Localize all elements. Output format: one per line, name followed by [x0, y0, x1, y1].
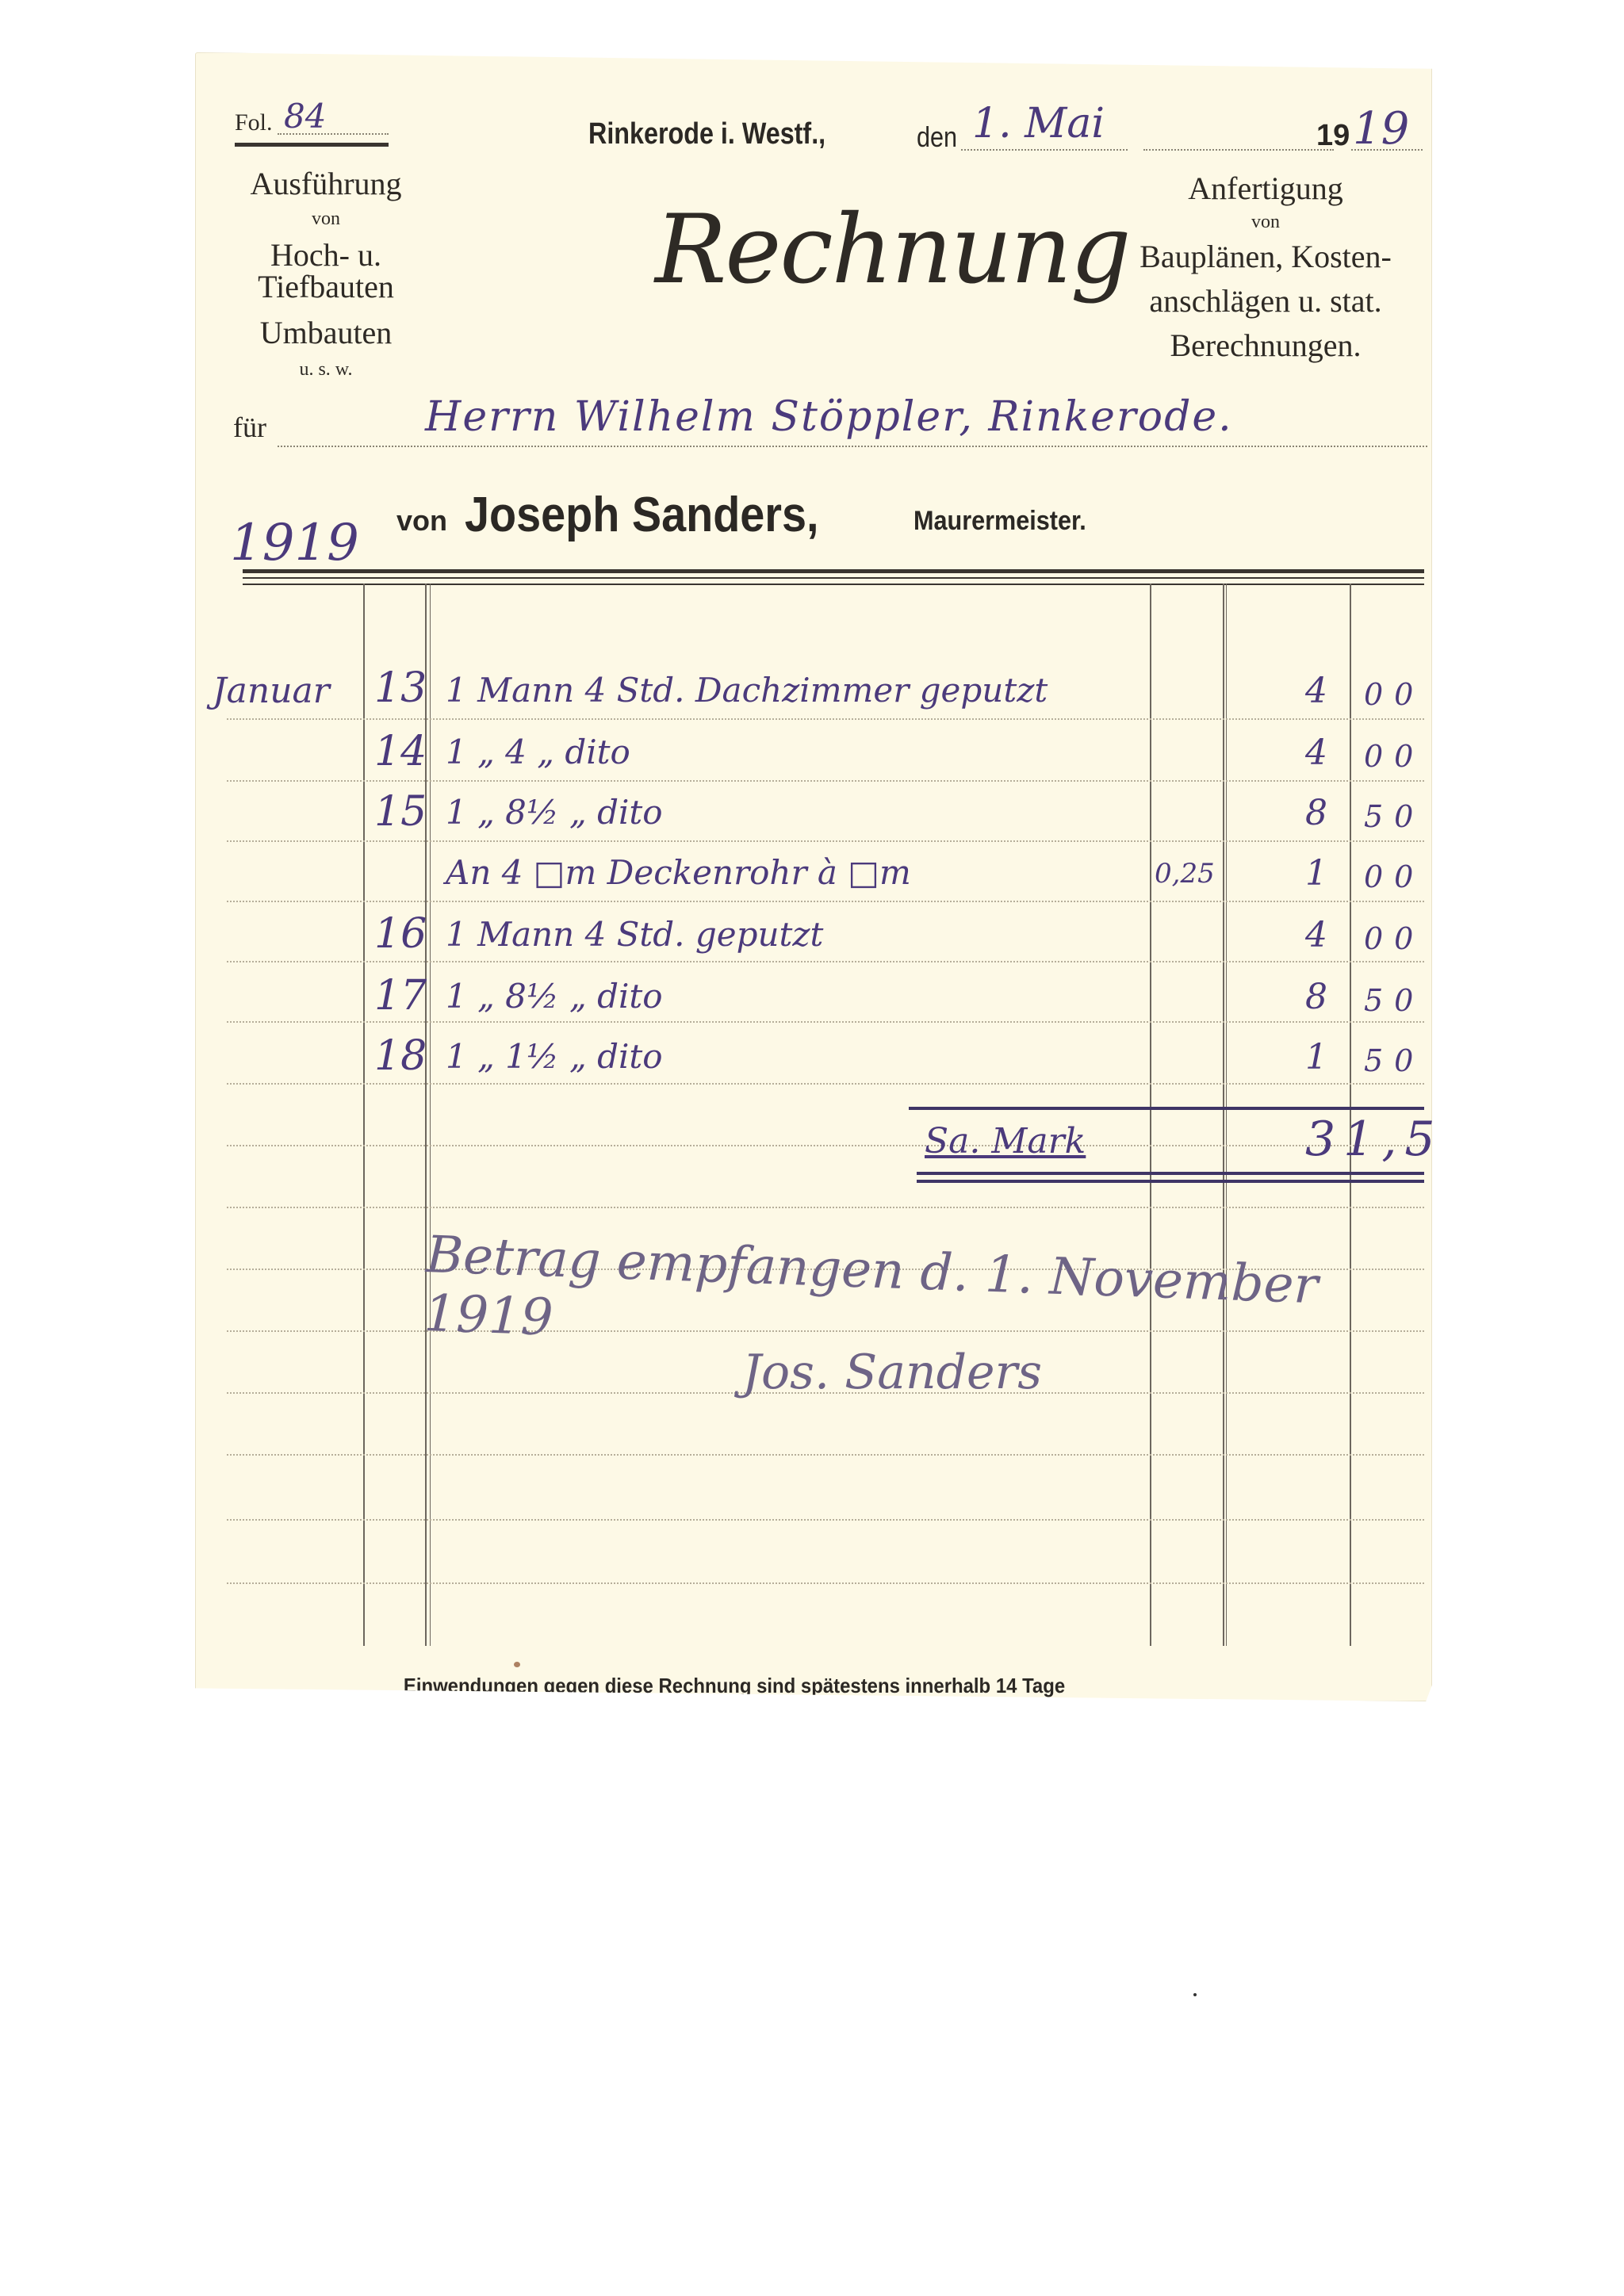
folio-dotline — [278, 133, 389, 135]
row-rule — [227, 1021, 1424, 1023]
right-service-line: Berechnungen. — [1115, 330, 1416, 362]
row-description: 1 „ 8½ „ dito — [446, 793, 663, 832]
ledger-year: 1919 — [230, 514, 359, 572]
row-mark: 8 — [1305, 977, 1327, 1017]
folio-underline — [235, 143, 389, 147]
row-pf: 00 — [1364, 739, 1424, 774]
left-service-line: u. s. w. — [211, 360, 441, 379]
ledger-top-rule-thin — [243, 577, 1424, 579]
row-mark: 1 — [1305, 1037, 1327, 1077]
issuer-name: Joseph Sanders, — [465, 487, 819, 543]
row-day: 14 — [374, 728, 427, 775]
row-mark: 4 — [1305, 915, 1327, 955]
row-day: 15 — [374, 788, 427, 836]
total-label: Sa. Mark — [925, 1121, 1086, 1161]
row-unit-price: 0,25 — [1155, 858, 1215, 890]
row-month: Januar — [213, 671, 330, 711]
folio-value: 84 — [284, 97, 326, 136]
col-divider-unit-double — [1226, 584, 1227, 1646]
row-rule — [227, 718, 1424, 720]
row-pf: 50 — [1364, 983, 1424, 1018]
receipt-signature: Jos. Sanders — [742, 1345, 1042, 1400]
year-dotline — [1143, 149, 1334, 151]
total-value: 31,50 — [1305, 1112, 1481, 1167]
invoice-paper: Fol. 84 Rinkerode i. Westf., den 1. Mai … — [195, 52, 1432, 1701]
row-rule — [227, 901, 1424, 902]
year-printed: 19 — [1316, 119, 1350, 153]
year-dotline-end — [1351, 149, 1423, 151]
row-day: 17 — [374, 972, 427, 1020]
row-rule — [227, 840, 1424, 842]
col-divider-unit — [1223, 584, 1224, 1646]
ink-stain — [503, 1738, 511, 1743]
row-description: 1 „ 4 „ dito — [446, 733, 630, 771]
left-service-line: Ausführung — [211, 168, 441, 200]
right-service-line: von — [1115, 212, 1416, 232]
col-divider-month — [363, 584, 365, 1646]
row-description: 1 Mann 4 Std. Dachzimmer geputzt — [446, 671, 1048, 710]
issuer-prefix: von — [396, 504, 447, 538]
row-day: 18 — [374, 1032, 427, 1080]
date-dotline — [961, 149, 1128, 151]
left-service-line: Umbauten — [211, 317, 441, 349]
ink-stain — [514, 1662, 520, 1667]
recipient-value: Herrn Wilhelm Stöppler, Rinkerode. — [425, 393, 1233, 441]
row-description: 1 „ 1½ „ dito — [446, 1037, 663, 1076]
row-rule — [227, 1083, 1424, 1085]
left-service-line: von — [211, 209, 441, 228]
row-day: 13 — [374, 664, 427, 712]
row-pf: 50 — [1364, 799, 1424, 834]
row-rule — [227, 1582, 1424, 1584]
footer-line: Einwendungen gegen diese Rechnung sind s… — [282, 1674, 1187, 1698]
row-pf: 00 — [1364, 859, 1424, 894]
folio-label: Fol. — [235, 109, 273, 136]
place-name: Rinkerode i. Westf., — [588, 117, 825, 151]
ink-stain — [462, 1706, 469, 1712]
issuer-profession: Maurermeister. — [913, 506, 1086, 537]
col-divider-desc — [1150, 584, 1151, 1646]
recipient-dotline — [278, 446, 1427, 447]
row-rule — [227, 1519, 1424, 1521]
col-divider-day-double — [430, 584, 431, 1646]
row-pf: 50 — [1364, 1043, 1424, 1078]
row-mark: 4 — [1305, 671, 1327, 711]
total-double-rule — [917, 1180, 1424, 1183]
row-rule — [227, 1145, 1424, 1146]
year-handwritten: 19 — [1353, 103, 1409, 155]
ledger-top-rule-thin — [243, 584, 1424, 585]
left-service-line: Hoch- u. Tiefbauten — [211, 239, 441, 303]
row-description: 1 „ 8½ „ dito — [446, 977, 663, 1016]
row-mark: 8 — [1305, 793, 1327, 833]
total-double-rule — [917, 1172, 1424, 1175]
row-mark: 1 — [1305, 853, 1327, 894]
ledger-top-rule — [243, 569, 1424, 573]
invoice-title: Rechnung — [655, 195, 1130, 305]
row-rule — [227, 1207, 1424, 1208]
footer-line: nach Empfang anzubringen. — [282, 1698, 1187, 1722]
row-description: An 4 □m Deckenrohr à □m — [446, 853, 911, 892]
row-pf: 00 — [1364, 921, 1424, 956]
date-handwritten: 1. Mai — [972, 100, 1105, 147]
row-day: 16 — [374, 910, 427, 958]
scan-speck — [1193, 1993, 1197, 1996]
date-prefix: den — [917, 121, 957, 154]
row-pf: 00 — [1364, 677, 1424, 712]
row-rule — [227, 961, 1424, 962]
footer-note: Einwendungen gegen diese Rechnung sind s… — [195, 1674, 1226, 1722]
row-rule — [227, 780, 1424, 782]
right-services: Anfertigung von Bauplänen, Kosten- ansch… — [1115, 173, 1416, 362]
right-service-line: anschlägen u. stat. — [1115, 285, 1416, 317]
left-services: Ausführung von Hoch- u. Tiefbauten Umbau… — [211, 168, 441, 379]
recipient-label: für — [233, 411, 266, 444]
row-description: 1 Mann 4 Std. geputzt — [446, 915, 823, 954]
right-service-line: Bauplänen, Kosten- — [1115, 241, 1416, 273]
right-service-line: Anfertigung — [1115, 173, 1416, 205]
row-rule — [227, 1454, 1424, 1456]
subtotal-rule — [909, 1107, 1424, 1110]
row-mark: 4 — [1305, 733, 1327, 773]
